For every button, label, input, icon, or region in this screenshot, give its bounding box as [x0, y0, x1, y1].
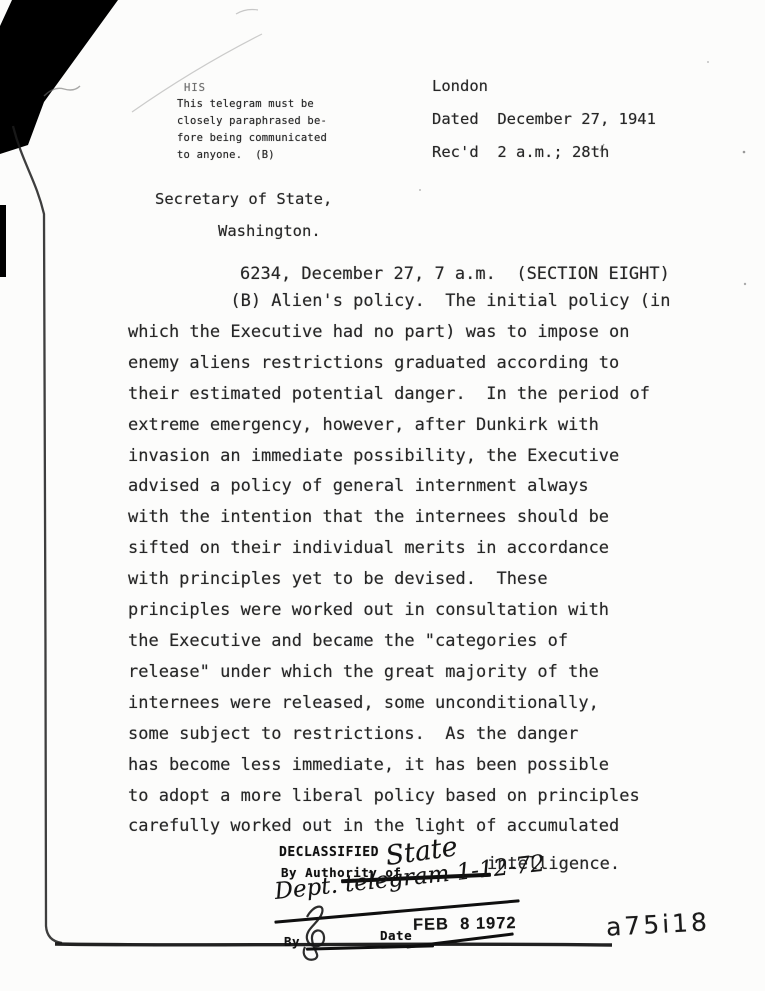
archive-number: a75i18: [605, 907, 710, 941]
by-initials-signature: [297, 903, 343, 961]
paraphrase-notice: This telegram must be closely paraphrase…: [177, 96, 327, 164]
addressee-city: Washington.: [218, 222, 321, 240]
addressee-line: Secretary of State,: [155, 190, 332, 208]
date-label: Date: [380, 928, 412, 943]
origin-date-received-block: London Dated December 27, 1941 Rec'd 2 a…: [432, 70, 656, 169]
telegram-scan-page: HIS This telegram must be closely paraph…: [0, 0, 765, 991]
declassified-stamp-title: DECLASSIFIED: [279, 845, 379, 860]
telegram-body: (B) Alien's policy. The initial policy (…: [128, 286, 670, 842]
typed-fragment: HIS: [184, 80, 206, 97]
date-stamp-value: FEB 8 1972: [413, 914, 517, 935]
